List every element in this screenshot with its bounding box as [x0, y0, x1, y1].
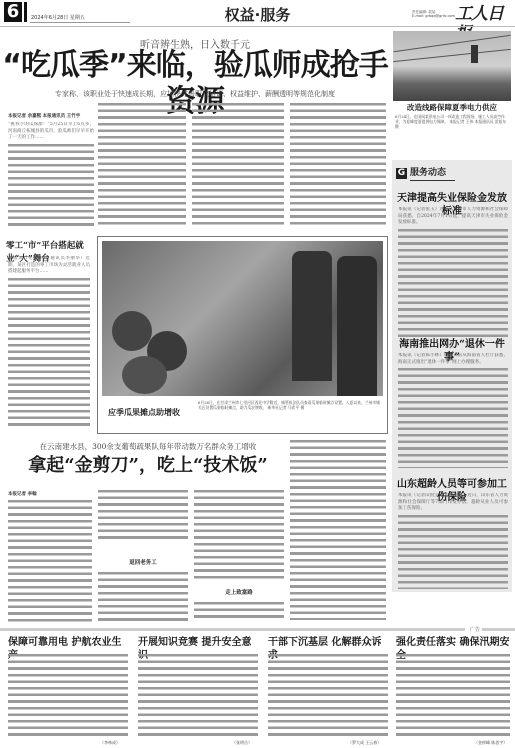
service-item-lead: 本报讯（记者田国宝 通讯员鹿鸣）近日，山东省人力资源和社会保障厅等7部门印发办法… [398, 493, 508, 511]
service-item-lead: 本报讯（记者陈小林）记者日前从海南省人社厅获悉，海南正式推出“退休一件事”网上办… [398, 353, 508, 365]
lead-body-col-2 [98, 103, 186, 228]
editor-info: 责任编辑: 裴某 E-mail: grbqq@grrb.com [412, 10, 455, 18]
service-section-tag: 服务动态 [410, 168, 446, 179]
watermelon-inspection-photo [102, 241, 383, 396]
text-lines [8, 144, 94, 230]
text-lines [398, 515, 508, 589]
header-divider [0, 26, 515, 27]
bottom-credit-2: （张明岳） [232, 740, 252, 746]
service-news-box: G 服务动态 天津提高失业保险金发放标准 本报讯（记者张玉）近日从天津市人力资源… [392, 160, 512, 592]
power-line-photo [393, 31, 511, 101]
lead-body-col-1: “挑我手的瓜保甜！”5月25日早上6点多，河南商丘柘城县的瓜市，验瓜师们早早开始… [8, 122, 94, 230]
text-lines [398, 368, 508, 468]
right-photo-title: 改造线路保障夏季电力供应 [393, 103, 511, 113]
officer-figure [292, 251, 332, 381]
service-section-icon: G [396, 168, 407, 179]
second-kicker: 在云南建水县，300余支葡萄疏果队每年带动数万名群众务工增收 [8, 441, 288, 452]
lead-body-start: “挑我手的瓜保甜！”5月25日早上6点多，河南商丘柘城县的瓜市，验瓜师们早早开始… [8, 122, 94, 140]
second-body-col-2a [98, 490, 188, 540]
service-item-body: 本报讯（记者陈小林）记者日前从海南省人社厅获悉，海南正式推出“退休一件事”网上办… [398, 353, 508, 473]
second-byline: 本报记者 李翰 [8, 491, 37, 497]
section-heading: 返回老务工 [98, 560, 188, 567]
service-item-body: 本报讯（记者田国宝 通讯员鹿鸣）近日，山东省人力资源和社会保障厅等7部门印发办法… [398, 493, 508, 589]
side-body-start: 本报讯（记者李丹 通讯员李丽华）近期，某区打造的零工市场为灵活就业人员搭建起服务… [8, 256, 90, 274]
photo-credit: 新华社记者 马希平 摄 [268, 405, 305, 410]
lead-subdeck: 专家称，该职业处于快速成长期，应加快完善职业培训、权益维护、薪酬透明等规范化制度 [0, 89, 390, 99]
text-lines [8, 278, 90, 426]
tag-underline [410, 180, 455, 181]
bottom-credit-4: （金梓峰 陈思宇） [474, 740, 507, 746]
right-photo-caption: 6月24日，在国网某供电公司一项改造工程现场，施工人员高空作业，为迎峰度夏提供电… [395, 114, 509, 129]
bottom-credit-1: （李林成） [100, 740, 120, 746]
lead-body-col-4 [290, 103, 386, 228]
power-line [393, 49, 510, 62]
photo-feature-caption: 6月26日，在甘肃兰州市七里河区西北中学附近，城管执法队员查看瓜果临时摊点设置。… [198, 400, 381, 410]
side-body: 本报讯（记者李丹 通讯员李丽华）近期，某区打造的零工市场为灵活就业人员搭建起服务… [8, 256, 90, 426]
lead-byline: 本报记者 余嘉熙 本报通讯员 王竹宇 [8, 113, 80, 119]
second-body-col-2b [98, 572, 188, 622]
bottom-body-2 [138, 654, 258, 740]
bottom-body-3 [268, 654, 388, 740]
bottom-credit-3: （罗大成 王云春） [348, 740, 381, 746]
second-body-col-3a [194, 490, 284, 580]
editor-email: E-mail: grbqq@grrb.com [412, 14, 455, 18]
officer-figure [337, 256, 377, 396]
photo-feature-frame: 应季瓜果摊点助增收 6月26日，在甘肃兰州市七里河区西北中学附近，城管执法队员查… [97, 236, 388, 434]
photo-feature-title: 应季瓜果摊点助增收 [108, 408, 180, 418]
ad-divider-left [0, 628, 465, 631]
bottom-body-4 [396, 654, 510, 740]
bottom-body-1 [8, 654, 128, 740]
service-item-lead: 本报讯（记者张玉）近日从天津市人力资源和社会保障局获悉，自2024年7月1日起，… [398, 207, 508, 225]
watermelon-shape [122, 356, 167, 394]
second-body-col-4 [290, 440, 386, 620]
lead-body-col-3 [192, 103, 284, 228]
section-heading: 走上致富路 [194, 590, 284, 597]
second-body-col-1 [8, 500, 92, 622]
ad-divider-right [482, 628, 515, 631]
text-lines [398, 229, 508, 337]
ad-label: 广告 [470, 626, 480, 633]
second-headline: 拿起“金剪刀”，吃上“技术饭” [8, 454, 288, 478]
worker-figure [471, 45, 478, 63]
watermelon-shape [112, 311, 152, 351]
service-item-body: 本报讯（记者张玉）近日从天津市人力资源和社会保障局获悉，自2024年7月1日起，… [398, 207, 508, 337]
second-body-col-3b [194, 602, 284, 622]
